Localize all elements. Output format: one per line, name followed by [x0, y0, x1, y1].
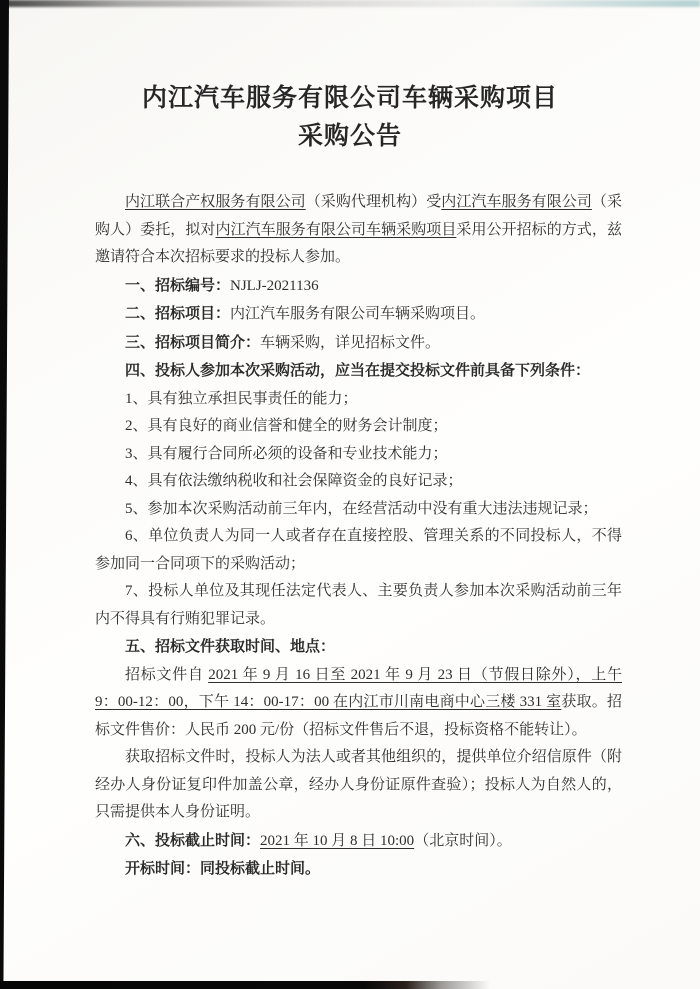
section-1-tender-number: 一、招标编号：NJLJ-2021136: [95, 272, 622, 301]
acquisition-paragraph: 招标文件自 2021 年 9 月 16 日至 2021 年 9 月 23 日（节…: [95, 662, 622, 745]
section-4-bidder-requirements: 四、投标人参加本次采购活动，应当在提交投标文件前具备下列条件：: [95, 357, 622, 386]
bid-deadline-suffix: （北京时间）。: [414, 833, 512, 849]
agency-name: 内江联合产权服务有限公司: [125, 194, 306, 210]
intro-text-1: （采购代理机构）受: [306, 194, 442, 210]
section-2-tender-project: 二、招标项目：内江汽车服务有限公司车辆采购项目。: [95, 300, 622, 329]
section-1-label: 一、招标编号：: [125, 277, 230, 294]
section-6-bid-deadline: 六、投标截止时间：2021 年 10 月 8 日 10:00（北京时间）。: [95, 827, 622, 856]
bid-opening-time: 开标时间：同投标截止时间。: [95, 855, 622, 884]
title-line-1: 内江汽车服务有限公司车辆采购项目: [0, 80, 700, 118]
project-brief-value: 车辆采购，详见招标文件。: [260, 335, 440, 351]
section-3-label: 三、招标项目简介：: [125, 334, 260, 351]
condition-item-2: 2、具有良好的商业信誉和健全的财务会计制度；: [95, 413, 622, 441]
intro-paragraph: 内江联合产权服务有限公司（采购代理机构）受内江汽车服务有限公司（采购人）委托，拟…: [95, 189, 622, 272]
section-2-label: 二、招标项目：: [125, 305, 230, 322]
section-6-label: 六、投标截止时间：: [125, 832, 260, 849]
acquisition-text-1: 招标文件自: [125, 667, 208, 683]
condition-item-4: 4、具有依法缴纳税收和社会保障资金的良好记录；: [95, 468, 622, 496]
tender-number-value: NJLJ-2021136: [230, 278, 319, 294]
obtain-note-paragraph: 获取招标文件时，投标人为法人或者其他组织的，提供单位介绍信原件（附经办人身份证复…: [95, 744, 622, 827]
condition-item-6: 6、单位负责人为同一人或者存在直接控股、管理关系的不同投标人，不得参加同一合同项…: [95, 523, 622, 578]
condition-item-7: 7、投标人单位及其现任法定代表人、主要负责人参加本次采购活动前三年内不得具有行贿…: [95, 578, 622, 633]
section-5-label: 五、招标文件获取时间、地点：: [125, 638, 335, 655]
section-3-project-brief: 三、招标项目简介：车辆采购，详见招标文件。: [95, 329, 622, 358]
section-4-label: 四、投标人参加本次采购活动，应当在提交投标文件前具备下列条件：: [125, 362, 590, 379]
scan-artifact-top-edge: [0, 0, 700, 7]
condition-item-5: 5、参加本次采购活动前三年内，在经营活动中没有重大违法违规记录；: [95, 496, 622, 524]
condition-item-1: 1、具有独立承担民事责任的能力；: [95, 386, 622, 414]
bid-opening-time-text: 开标时间：同投标截止时间。: [125, 860, 320, 877]
document-body: 内江联合产权服务有限公司（采购代理机构）受内江汽车服务有限公司（采购人）委托，拟…: [95, 189, 622, 884]
section-5-document-acquisition: 五、招标文件获取时间、地点：: [95, 633, 622, 662]
title-line-2: 采购公告: [0, 118, 700, 156]
scanned-document-page: 内江汽车服务有限公司车辆采购项目 采购公告 内江联合产权服务有限公司（采购代理机…: [0, 0, 700, 989]
project-name: 内江汽车服务有限公司车辆采购项目: [215, 222, 456, 238]
purchaser-name: 内江汽车服务有限公司: [441, 194, 592, 210]
document-title: 内江汽车服务有限公司车辆采购项目 采购公告: [0, 80, 700, 156]
condition-item-3: 3、具有履行合同所必须的设备和专业技术能力；: [95, 441, 622, 469]
scan-artifact-bottom-edge: [0, 981, 700, 989]
bid-deadline-value: 2021 年 10 月 8 日 10:00: [260, 833, 414, 849]
tender-project-value: 内江汽车服务有限公司车辆采购项目。: [230, 306, 485, 322]
